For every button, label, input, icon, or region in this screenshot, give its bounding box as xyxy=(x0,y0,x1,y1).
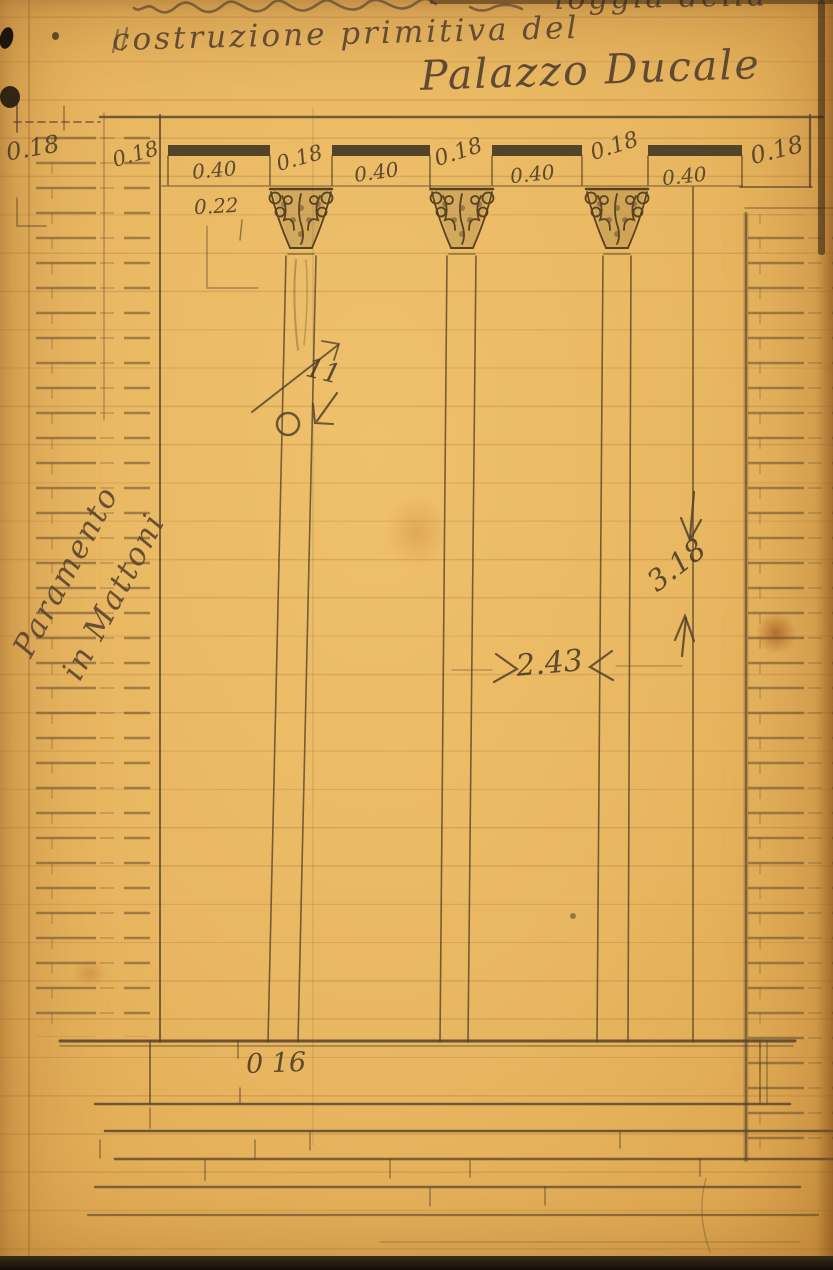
page-edge-line xyxy=(818,0,825,255)
dim-block-1: 0.40 xyxy=(191,156,237,184)
dim-plinth: 0 16 xyxy=(245,1047,306,1080)
ink-dot xyxy=(52,32,59,40)
elevation-sketch xyxy=(0,0,833,1270)
scan-bottom-shadow xyxy=(0,1256,833,1270)
ink-blot xyxy=(0,86,20,108)
dim-capital: 0.22 xyxy=(193,193,239,219)
dim-block-3: 0.40 xyxy=(509,160,556,189)
notebook-page: loggia della costruzione primitiva del P… xyxy=(0,0,833,1270)
dim-bay-width: 2.43 xyxy=(515,643,585,684)
top-edge-shadow xyxy=(430,0,833,4)
dim-block-4: 0.40 xyxy=(661,162,708,191)
